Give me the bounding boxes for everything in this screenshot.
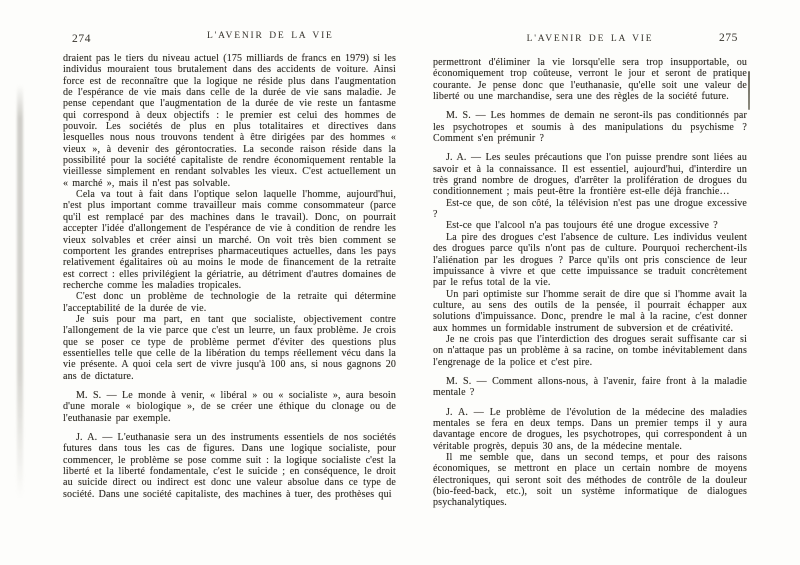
page-number: 275: [719, 32, 738, 44]
paragraph: Je suis pour ma part, en tant que social…: [63, 314, 396, 382]
paragraph: M. S. — Comment allons-nous, à l'avenir,…: [433, 376, 747, 399]
page-number: 274: [72, 33, 91, 45]
paragraph: La pire des drogues c'est l'absence de c…: [433, 232, 747, 289]
page-body: draient pas le tiers du niveau actuel (1…: [63, 53, 396, 500]
paragraph: Je ne crois pas que l'interdiction des d…: [433, 334, 747, 368]
page-right: L'AVENIR DE LA VIE 275 permettront d'éli…: [433, 32, 747, 509]
paragraph: Est-ce que, de son côté, la télévision n…: [433, 198, 747, 221]
page-header: L'AVENIR DE LA VIE 275: [433, 32, 747, 45]
paragraph: M. S. — Les hommes de demain ne seront-i…: [433, 110, 747, 144]
scan-shadow-band: [17, 85, 23, 497]
paragraph: draient pas le tiers du niveau actuel (1…: [63, 53, 396, 189]
paragraph: Est-ce que l'alcool n'a pas toujours été…: [433, 220, 747, 231]
page-left: 274 L'AVENIR DE LA VIE draient pas le ti…: [63, 29, 396, 500]
page-body: permettront d'éliminer la vie lorsqu'ell…: [433, 57, 747, 509]
running-title: L'AVENIR DE LA VIE: [207, 31, 334, 41]
paragraph: Un pari optimiste sur l'homme serait de …: [433, 289, 747, 334]
paragraph: permettront d'éliminer la vie lorsqu'ell…: [433, 57, 747, 102]
paragraph: C'est donc un problème de technologie de…: [63, 291, 396, 314]
paragraph: J. A. — L'euthanasie sera un des instrum…: [63, 432, 396, 500]
paragraph: J. A. — Le problème de l'évolution de la…: [433, 407, 747, 452]
book-spread: { "colors": { "background": "#fdfdfb", "…: [0, 0, 800, 565]
scan-line-artifact: [748, 71, 750, 110]
paragraph: Il me semble que, dans un second temps, …: [433, 452, 747, 509]
paragraph: Cela va tout à fait dans l'optique selon…: [63, 189, 396, 291]
page-header: 274 L'AVENIR DE LA VIE: [63, 29, 396, 42]
paragraph: M. S. — Le monde à venir, « libéral » ou…: [63, 390, 396, 424]
running-title: L'AVENIR DE LA VIE: [527, 34, 654, 44]
paragraph: J. A. — Les seules précautions que l'on …: [433, 152, 747, 197]
